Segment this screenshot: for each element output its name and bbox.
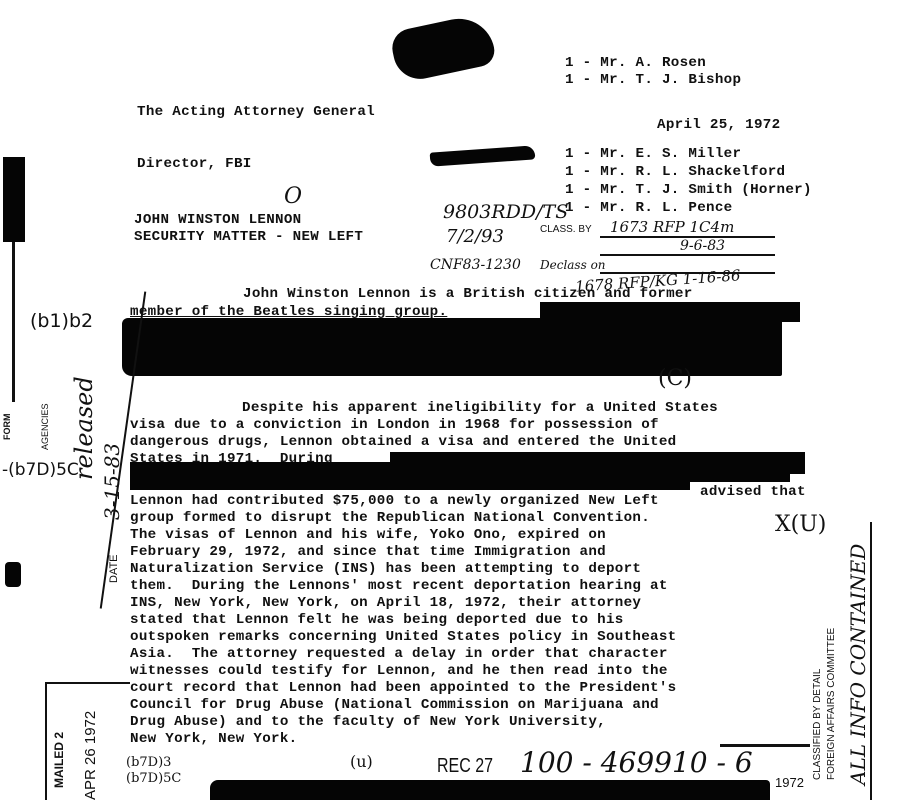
para2-line: February 29, 1972, and since that time I… <box>130 544 606 560</box>
mailed-box-top <box>45 682 130 684</box>
para2-line: stated that Lennon felt he was being dep… <box>130 612 624 628</box>
addressee: The Acting Attorney General <box>137 104 375 120</box>
para2-line: them. During the Lennons' most recent de… <box>130 578 668 594</box>
redaction-footer <box>210 780 770 800</box>
date-vertical: DATE <box>108 554 120 583</box>
para2-line: visa due to a conviction in London in 19… <box>130 417 659 433</box>
para2-line: Drug Abuse) and to the faculty of New Yo… <box>130 714 606 730</box>
date-handwritten: 3-15-83 <box>100 443 124 520</box>
para2-line: witnesses could testify for Lennon, and … <box>130 663 668 679</box>
cc-item: 1 - Mr. T. J. Smith (Horner) <box>565 182 812 198</box>
para2-line: court record that Lennon had been appoin… <box>130 680 676 696</box>
para2-line: outspoken remarks concerning United Stat… <box>130 629 676 645</box>
b7d5c-mark: (b7D)5C <box>126 771 181 786</box>
cnf-ref: CNF83-1230 <box>430 257 521 273</box>
para2-line: Naturalization Service (INS) has been at… <box>130 561 641 577</box>
mailed-stamp-line1: MAILED 2 <box>52 732 66 788</box>
para1-line1: John Winston Lennon is a British citizen… <box>243 286 693 302</box>
left-form-fragment: FORM <box>2 414 12 441</box>
cc-top-1: 1 - Mr. A. Rosen <box>565 55 706 71</box>
para2-advised: advised that <box>700 484 806 500</box>
classification-c: (C) <box>658 366 692 391</box>
memo-date: April 25, 1972 <box>657 117 780 133</box>
para2-line: The visas of Lennon and his wife, Yoko O… <box>130 527 606 543</box>
footer-underline <box>720 744 810 747</box>
right-margin-line <box>870 522 872 800</box>
exemption-b1b2: (b1)b2 <box>30 310 93 332</box>
left-margin-smudge <box>5 562 21 587</box>
left-margin-bar <box>3 157 25 242</box>
cc-item: 1 - Mr. R. L. Shackelford <box>565 164 785 180</box>
file-number: 100 - 469910 - 6 <box>520 746 753 779</box>
class-date-rule <box>600 254 775 256</box>
rec-stamp: REC 27 <box>437 755 493 778</box>
footer-initials: (u) <box>350 752 373 771</box>
para2-line: dangerous drugs, Lennon obtained a visa … <box>130 434 676 450</box>
para2-line: Despite his apparent ineligibility for a… <box>242 400 718 416</box>
redaction-top <box>389 12 498 84</box>
para2-line: INS, New York, New York, on April 18, 19… <box>130 595 641 611</box>
mailed-box-left <box>45 682 47 800</box>
para2-line: Lennon had contributed $75,000 to a newl… <box>130 493 659 509</box>
left-margin-line <box>12 242 15 402</box>
redaction-sender-right <box>430 145 536 166</box>
left-agencies-fragment: AGENCIES <box>40 403 50 450</box>
para2-line: group formed to disrupt the Republican N… <box>130 510 650 526</box>
right-handwritten: ALL INFO CONTAINED <box>846 544 870 785</box>
unclass-mark: X(U) <box>775 512 826 537</box>
para2-line: Asia. The attorney requested a delay in … <box>130 646 668 662</box>
sender: Director, FBI <box>137 156 252 172</box>
subject-line-1: JOHN WINSTON LENNON <box>134 212 301 228</box>
ref-number: 9803RDD/TS <box>443 201 568 223</box>
b7d3-mark: (b7D)3 <box>126 755 171 770</box>
redaction-para2-c <box>130 478 690 490</box>
cc-item: 1 - Mr. E. S. Miller <box>565 146 741 162</box>
circle-mark: O <box>284 184 302 209</box>
right-stamp-line1: CLASSIFIED BY DETAIL <box>812 669 823 780</box>
classified-by-label: CLASS. BY <box>540 224 592 235</box>
declass-label: Declass on <box>540 258 606 272</box>
right-stamp-line2: FOREIGN AFFAIRS COMMITTEE <box>826 628 837 780</box>
exemption-b7d: -(b7D)5C <box>2 460 79 480</box>
cc-top-2: 1 - Mr. T. J. Bishop <box>565 72 741 88</box>
para2-line: New York, New York. <box>130 731 297 747</box>
para2-line: Council for Drug Abuse (National Commiss… <box>130 697 659 713</box>
classified-by-value: 1673 RFP 1C4m <box>610 218 734 236</box>
mailed-stamp-line2: APR 26 1972 <box>82 711 99 800</box>
bottom-date-fragment: 1972 <box>775 775 804 790</box>
ref-date: 7/2/93 <box>446 226 504 247</box>
subject-line-2: SECURITY MATTER - NEW LEFT <box>134 229 363 245</box>
cc-item: 1 - Mr. R. L. Pence <box>565 200 732 216</box>
class-date: 9-6-83 <box>680 238 725 254</box>
